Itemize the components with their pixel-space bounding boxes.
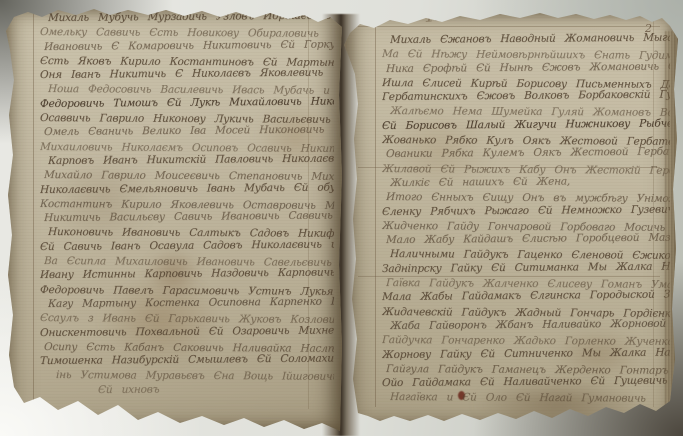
handwriting-line: Єленку Рябчихъ Рыжаго Єй Немножко Гузеви…: [382, 202, 670, 219]
handwriting-line: Задніпрску Гайку Єй Ситиманка Мы Жалка Н…: [382, 259, 670, 276]
handwriting-line: Оня Іванъ Никитичь Є Николаєвъ Яковлевич…: [40, 66, 334, 83]
handwriting-line: Гербатинскихъ Єжовъ Волковъ Борбаковскій…: [382, 88, 670, 105]
handwriting-line: Мала Жабы Гайдамакъ Єлгинска Городыской …: [382, 288, 670, 305]
manuscript-right-page: 12 2 Михаль Єжановъ Наводный Жомановичь …: [344, 9, 678, 429]
handwriting-line: Николаєвичь Ємельяновичь Івань Мубачь Єй…: [40, 180, 334, 197]
handwriting-line: Карповъ Иванъ Никитскій Павловичь Никола…: [48, 151, 334, 168]
handwriting-line: Омель Єваничь Велико Іва Мосей Никонович…: [44, 123, 334, 140]
manuscript-left-page: Михаль Мубучь Мурзабичь Узловъ Ибрашевич…: [6, 5, 342, 431]
ruled-header-line: [358, 26, 660, 27]
handwriting-line: Єй ихновъ: [98, 381, 334, 397]
handwriting-line: Нагаївка и Єй Оло Єй Нагай Гумановичь: [390, 390, 671, 406]
handwriting-text-block: Михаль Мубучь Мурзабичь Узловъ Ибрашевич…: [40, 11, 334, 397]
handwriting-line: Кагу Мартыну Костенка Осиповна Карпенко …: [48, 294, 334, 311]
handwriting-line: Жилкіє Єй нашихъ Єй Жена,: [390, 174, 670, 191]
handwriting-line: Ника Єрофѣй Єй Нынѣ Єжовъ Жомановичь Єй …: [386, 59, 670, 76]
handwriting-line: Онискентовичь Похвальной Єй Озаровичь Ми…: [40, 323, 334, 340]
page-number-heading: 12: [423, 5, 447, 27]
handwriting-line: Никитичь Васильєву Савичь Ивановичь Савв…: [44, 209, 334, 226]
handwriting-line: Жорнову Гайку Єй Ситниченко Мы Жалка Нал…: [382, 345, 670, 362]
handwriting-line: Федоровичь Тимошъ Єй Лукѣ Михайловичь Ни…: [40, 94, 334, 111]
handwriting-line: Тимошенка Назибурскій Смышлевъ Єй Солома…: [40, 352, 334, 369]
ruled-margin-line-left: [375, 13, 376, 407]
handwriting-line: Єй Борисовъ Шалый Жигучи Нижникову Рыбче…: [382, 116, 670, 133]
handwriting-line: Михаль Єжановъ Наводный Жомановичь Мыгал…: [390, 31, 670, 48]
handwriting-line: Жаба Гайворонъ Жбанъ Наливайко Жорновой …: [390, 316, 670, 333]
handwriting-line: Михаль Мубучь Мурзабичь Узловъ Ибрашевич…: [48, 9, 334, 26]
handwriting-line: Ивану Истинны Карповичь Наздовичь Карпов…: [40, 266, 334, 283]
handwriting-line: Ованики Рябка Кулемъ Оякъ Жестовой Герба…: [386, 145, 670, 162]
handwriting-line: Мало Жабу Кайдашъ Єлисѣю Горобцевой Мазн…: [386, 231, 670, 248]
handwriting-line: Ойо Гайдамака Єй Наливайченко Єй Гущевич…: [382, 374, 670, 391]
manuscript-photograph: Михаль Мубучь Мурзабичь Узловъ Ибрашевич…: [0, 0, 683, 436]
ruled-margin-line-left: [33, 9, 34, 409]
handwriting-text-block: Михаль Єжановъ Наводный Жомановичь Мыгал…: [382, 33, 670, 405]
handwriting-line: Ивановичь Є Комаровичь Никитовичь Єй Гор…: [44, 37, 334, 54]
handwriting-line: Єй Савичь Іванъ Осавула Садовъ Николаєви…: [40, 237, 334, 254]
